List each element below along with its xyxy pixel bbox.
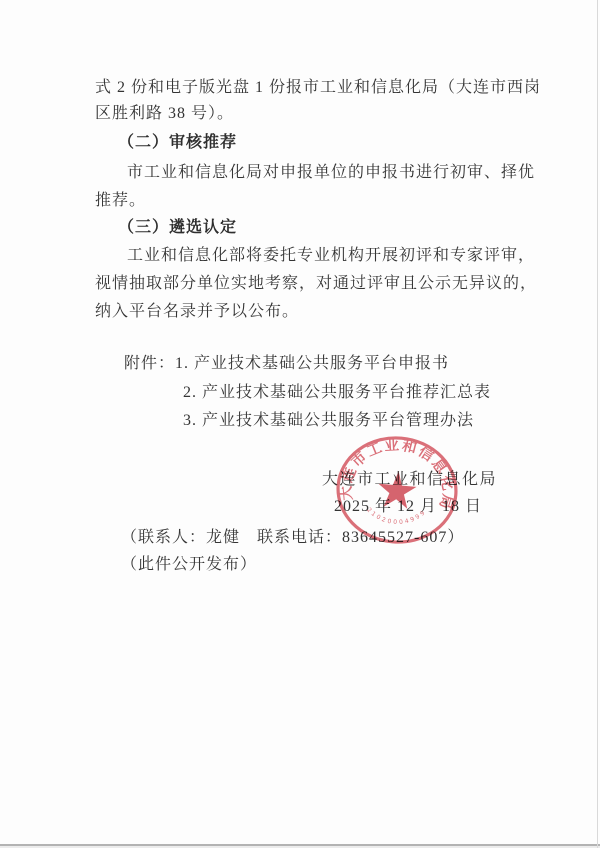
body-line-1: 式 2 份和电子版光盘 1 份报市工业和信息化局（大连市西岗 xyxy=(95,78,541,97)
body-line-9: 纳入平台名录并予以公布。 xyxy=(95,302,299,321)
signature-org: 大连市工业和信息化局 xyxy=(322,470,497,489)
contact-line: （联系人：龙健 联系电话：83645527-607） xyxy=(121,528,464,547)
body-line-2: 区胜利路 38 号）。 xyxy=(95,104,234,123)
attachment-line-1: 附件：1. 产业技术基础公共服务平台申报书 xyxy=(124,354,449,373)
body-line-5: 推荐。 xyxy=(95,191,146,210)
section-heading-3: （三）遴选认定 xyxy=(118,218,237,237)
attachment-line-2: 2. 产业技术基础公共服务平台推荐汇总表 xyxy=(183,383,491,402)
body-line-8: 视情抽取部分单位实地考察，对通过评审且公示无异议的， xyxy=(95,274,537,293)
body-line-7: 工业和信息化部将委托专业机构开展初评和专家评审， xyxy=(127,246,535,265)
document-page: 式 2 份和电子版光盘 1 份报市工业和信息化局（大连市西岗 区胜利路 38 号… xyxy=(0,0,600,848)
scan-edge-right xyxy=(597,0,598,848)
body-line-4: 市工业和信息化局对申报单位的申报书进行初审、择优 xyxy=(127,163,535,182)
section-heading-2: （二）审核推荐 xyxy=(118,133,237,152)
attachment-line-3: 3. 产业技术基础公共服务平台管理办法 xyxy=(183,411,474,430)
signature-date: 2025 年 12 月 18 日 xyxy=(334,497,482,516)
public-release-note: （此件公开发布） xyxy=(121,555,257,574)
